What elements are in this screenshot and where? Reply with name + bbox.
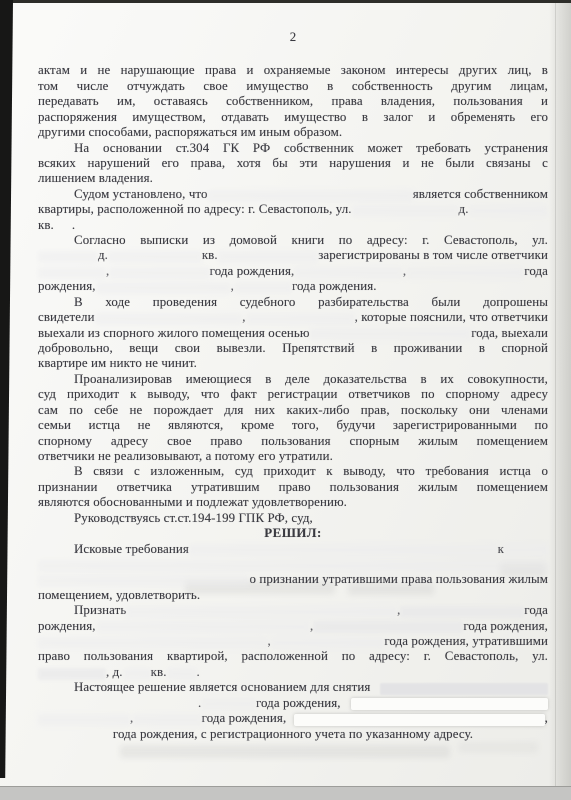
- text-line: спорному адресу свое право пользования с…: [38, 434, 548, 449]
- redaction: [38, 251, 98, 263]
- text-line: другими способами, распоряжаться им иным…: [38, 125, 548, 140]
- redaction: [351, 698, 548, 710]
- redaction: [218, 251, 319, 263]
- text-segment: ответчики не реализовывают, а потому его…: [38, 449, 333, 463]
- text-segment: том числе отчуждать свое имущество в соб…: [38, 79, 548, 93]
- text-line: семьи истца не являются, кроме того, буд…: [38, 418, 548, 433]
- text-segment: д.: [98, 248, 108, 263]
- text-line: лишением владения.: [38, 171, 548, 186]
- text-line: ответчики не реализовывают, а потому его…: [38, 449, 548, 464]
- text-segment: , которые пояснили, что ответчики: [355, 310, 548, 325]
- text-line: , д.кв..: [38, 665, 548, 680]
- text-segment: кв.: [38, 218, 54, 233]
- text-line: Настоящее решение является основанием дл…: [38, 680, 548, 695]
- text-segment: д.: [459, 202, 469, 217]
- redaction: [189, 544, 498, 556]
- redaction: [400, 606, 524, 618]
- text-segment: года рождения,: [210, 264, 295, 279]
- text-segment: кв.: [151, 665, 167, 680]
- document-lines: актам и не нарушающие права и охраняемые…: [38, 63, 548, 742]
- text-segment: признании ответчика утратившим право пол…: [38, 480, 548, 494]
- text-segment: лишением владения.: [38, 171, 153, 185]
- text-segment: В связи с изложенным, суд приходит к выв…: [74, 464, 548, 478]
- scan-edge-bottom: [0, 786, 571, 800]
- text-segment: всяких нарушений его права, хотя бы эти …: [38, 156, 548, 170]
- text-segment: года, выехали: [471, 326, 548, 341]
- text-segment: семьи истца не являются, кроме того, буд…: [38, 418, 548, 432]
- text-line: ,года рождения, утратившими: [38, 634, 548, 649]
- redaction: [38, 668, 106, 680]
- page-fold-shadow: [549, 0, 571, 788]
- text-line: квартиры, расположенной по адресу: г. Се…: [38, 202, 548, 217]
- text-segment: Исковые требования: [74, 542, 189, 557]
- text-line: [38, 557, 548, 572]
- redaction: [352, 205, 459, 217]
- scan-edge-top: [0, 0, 571, 3]
- text-segment: квартиры, расположенной по адресу: г. Се…: [38, 202, 352, 217]
- redaction: [310, 328, 472, 340]
- text-segment: распоряжения имуществом, отдавать имущес…: [38, 110, 548, 124]
- redaction: [370, 683, 380, 695]
- text-line: ,года рождения,,года: [38, 264, 548, 279]
- redaction: [109, 267, 209, 279]
- text-line: распоряжения имуществом, отдавать имущес…: [38, 110, 548, 125]
- text-segment: Судом установлено, что: [74, 187, 208, 202]
- text-segment: рождения,: [38, 619, 96, 634]
- text-line: суд приходит к выводу, что факт регистра…: [38, 387, 548, 402]
- text-segment: .: [197, 665, 200, 680]
- text-segment: сам по себе не порождает для них каких-л…: [38, 403, 548, 417]
- text-segment: о признании утратившими права пользовани…: [249, 572, 548, 587]
- redaction: [341, 698, 351, 710]
- text-line: В ходе проведения судебного разбирательс…: [38, 295, 548, 310]
- text-segment: , д.: [106, 665, 123, 680]
- redaction: [38, 560, 548, 572]
- text-segment: .: [72, 218, 75, 233]
- text-line: Исковые требованияк: [38, 542, 548, 557]
- scan-smudge: [458, 742, 538, 753]
- redaction: [54, 220, 72, 232]
- text-line: том числе отчуждать свое имущество в соб…: [38, 79, 548, 94]
- text-segment: квартире им никто не чинит.: [38, 356, 197, 370]
- text-segment: В ходе проведения судебного разбирательс…: [74, 295, 548, 309]
- text-segment: Руководствуясь ст.ст.194-199 ГПК РФ, суд…: [74, 511, 313, 525]
- text-line: рождения,,года рождения,: [38, 619, 548, 634]
- text-segment: года: [524, 603, 548, 618]
- text-line: д.кв.зарегистрированы в том числе ответч…: [38, 248, 548, 263]
- text-segment: Проанализировав имеющиеся в деле доказат…: [74, 372, 548, 386]
- text-line: В связи с изложенным, суд приходит к выв…: [38, 464, 548, 479]
- text-segment: Согласно выписки из домовой книги по адр…: [74, 233, 548, 247]
- text-line: добровольно, вещи свои вывезли. Препятст…: [38, 341, 548, 356]
- text-segment: суд приходит к выводу, что факт регистра…: [38, 387, 548, 401]
- text-segment: являются обоснованными и подлежат удовле…: [38, 495, 347, 509]
- redaction: [313, 621, 463, 633]
- text-line: .года рождения,: [38, 696, 548, 711]
- text-line: о признании утратившими права пользовани…: [38, 572, 548, 587]
- text-segment: зарегистрированы в том числе ответчики: [318, 248, 548, 263]
- redaction: [208, 190, 413, 202]
- redaction: [38, 714, 130, 726]
- text-segment: выехали из спорного жилого помещения осе…: [38, 326, 310, 341]
- text-line: ,года рождения,,: [38, 711, 548, 726]
- redaction: [38, 698, 198, 710]
- text-line: признании ответчика утратившим право пол…: [38, 480, 548, 495]
- redaction: [108, 251, 202, 263]
- text-line: передавать им, оставаясь собственником, …: [38, 94, 548, 109]
- redaction: [167, 668, 197, 680]
- text-segment: На основании ст.304 ГК РФ собственник мо…: [74, 141, 548, 155]
- text-segment: актам и не нарушающие права и охраняемые…: [38, 63, 548, 77]
- redaction: [38, 637, 268, 649]
- redaction: [234, 282, 292, 294]
- redaction: [380, 683, 548, 695]
- text-line: всяких нарушений его права, хотя бы эти …: [38, 156, 548, 171]
- redaction: [294, 267, 403, 279]
- text-segment: Настоящее решение является основанием дл…: [74, 680, 370, 695]
- resolution-heading: РЕШИЛ:: [38, 526, 548, 541]
- text-line: являются обоснованными и подлежат удовле…: [38, 495, 548, 510]
- scan-smudge: [120, 745, 450, 758]
- text-segment: спорному адресу свое право пользования с…: [38, 434, 548, 448]
- text-segment: Признать: [74, 603, 126, 618]
- text-line: выехали из спорного жилого помещения осе…: [38, 326, 548, 341]
- text-line: кв..: [38, 218, 548, 233]
- text-segment: года: [524, 264, 548, 279]
- text-segment: ,: [545, 711, 548, 726]
- text-segment: добровольно, вещи свои вывезли. Препятст…: [38, 341, 548, 355]
- page-number: 2: [38, 30, 548, 45]
- text-segment: года рождения,: [202, 711, 287, 726]
- redaction: [504, 544, 548, 556]
- text-line: право пользования квартирой, расположенн…: [38, 649, 548, 664]
- redaction: [126, 606, 397, 618]
- redaction: [96, 282, 231, 294]
- text-line: актам и не нарушающие права и охраняемые…: [38, 63, 548, 78]
- text-segment: года рождения.: [292, 279, 377, 294]
- text-segment: года рождения, утратившими: [384, 634, 548, 649]
- text-line: Согласно выписки из домовой книги по адр…: [38, 233, 548, 248]
- text-line: Руководствуясь ст.ст.194-199 ГПК РФ, суд…: [38, 511, 548, 526]
- text-segment: свидетели: [38, 310, 95, 325]
- text-line: рождения,,года рождения.: [38, 279, 548, 294]
- text-line: года рождения, с регистрационного учета …: [38, 727, 548, 742]
- text-segment: РЕШИЛ:: [264, 526, 322, 540]
- scan-edge-left: [0, 0, 13, 778]
- text-segment: года рождения,: [256, 696, 341, 711]
- text-segment: право пользования квартирой, расположенн…: [38, 649, 548, 663]
- text-segment: кв.: [202, 248, 218, 263]
- text-segment: года рождения,: [463, 619, 548, 634]
- redaction: [406, 267, 524, 279]
- redaction: [95, 313, 243, 325]
- redaction: [38, 267, 106, 279]
- text-segment: является собственником: [413, 187, 548, 202]
- redaction: [469, 205, 548, 217]
- text-line: Проанализировав имеющиеся в деле доказат…: [38, 372, 548, 387]
- redaction: [246, 313, 355, 325]
- page-fold-line: [555, 0, 556, 788]
- redaction: [96, 621, 310, 633]
- redaction: [286, 714, 294, 726]
- redaction: [201, 698, 256, 710]
- redaction: [123, 668, 151, 680]
- text-segment: передавать им, оставаясь собственником, …: [38, 94, 548, 108]
- redaction: [271, 637, 384, 649]
- redaction: [294, 714, 544, 726]
- text-line: На основании ст.304 ГК РФ собственник мо…: [38, 141, 548, 156]
- text-segment: рождения,: [38, 279, 96, 294]
- document-body: 2 актам и не нарушающие права и охраняем…: [38, 30, 548, 742]
- redaction: [38, 575, 249, 587]
- text-line: Судом установлено, чтоявляется собственн…: [38, 187, 548, 202]
- text-line: Признать,года: [38, 603, 548, 618]
- text-segment: другими способами, распоряжаться им иным…: [38, 125, 342, 139]
- text-line: квартире им никто не чинит.: [38, 356, 548, 371]
- text-segment: помещением, удовлетворить.: [38, 588, 200, 602]
- scanned-court-decision-page: 2 актам и не нарушающие права и охраняем…: [0, 0, 571, 800]
- redaction: [133, 714, 201, 726]
- text-line: помещением, удовлетворить.: [38, 588, 548, 603]
- text-line: сам по себе не порождает для них каких-л…: [38, 403, 548, 418]
- text-line: свидетели,, которые пояснили, что ответч…: [38, 310, 548, 325]
- text-segment: года рождения, с регистрационного учета …: [113, 727, 473, 741]
